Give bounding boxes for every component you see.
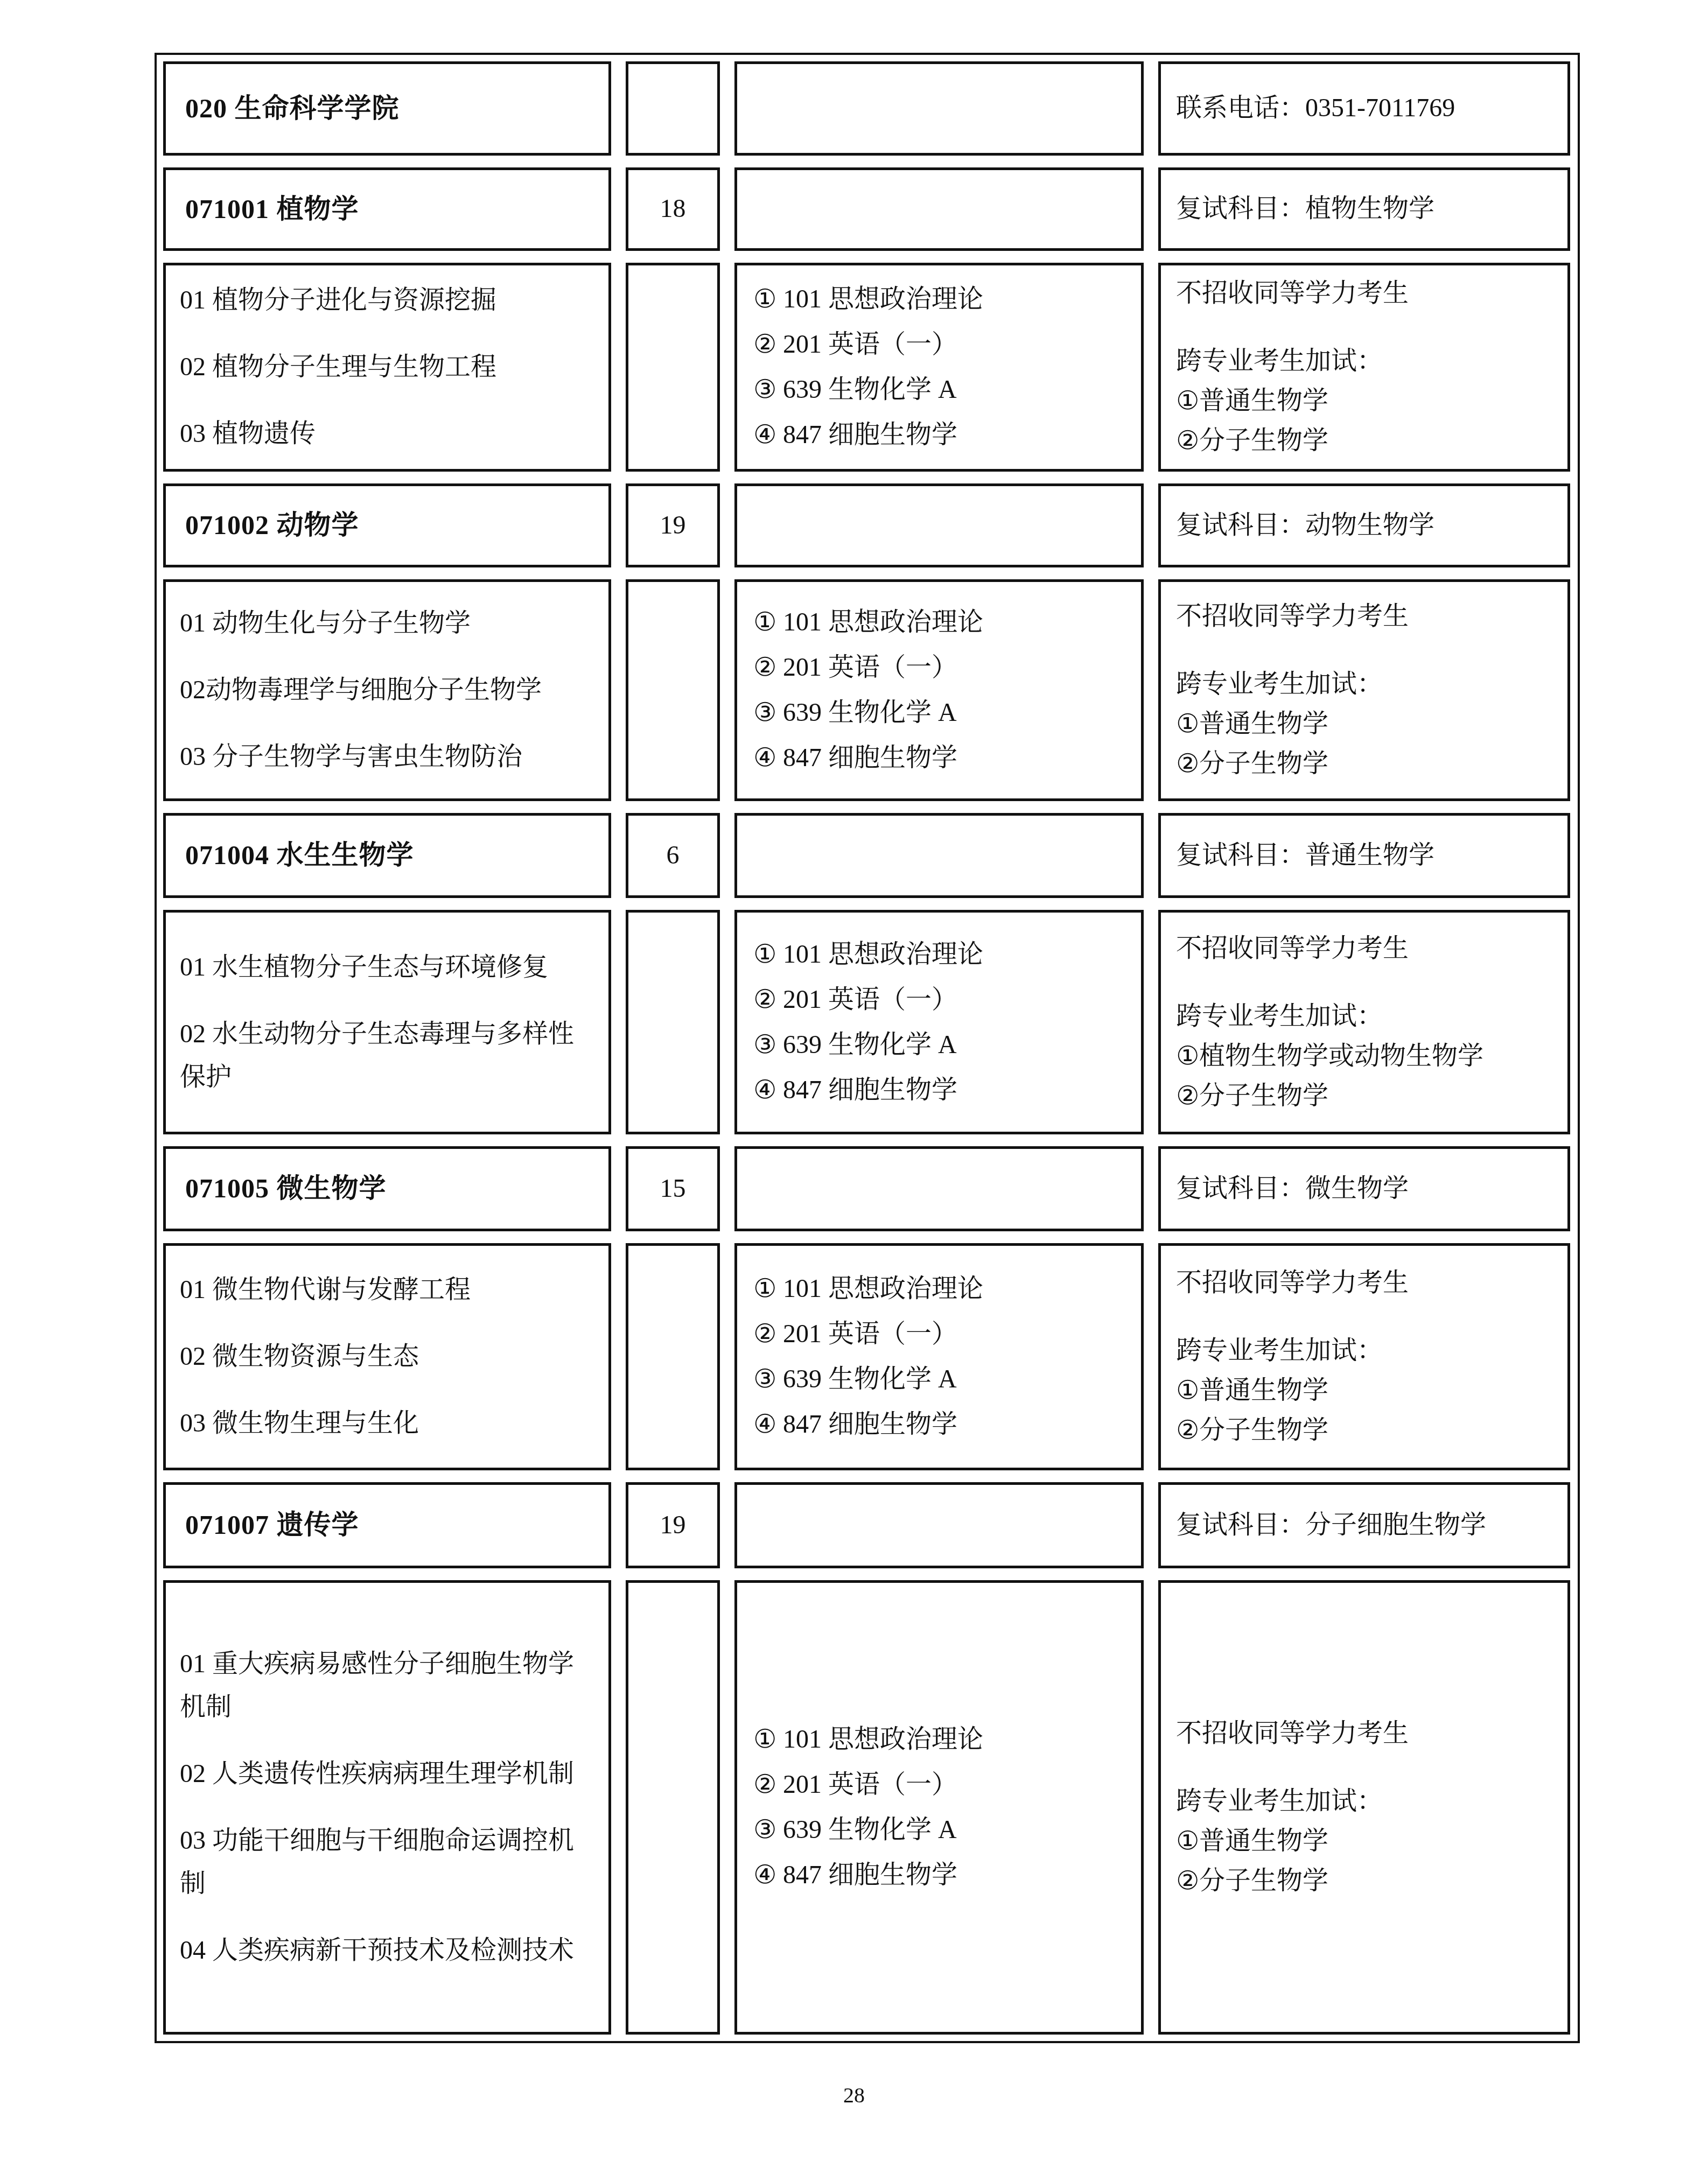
remark-addtest-item: ②分子生物学 [1176,421,1560,461]
direction-item: 01 重大疾病易感性分子细胞生物学机制 [180,1643,576,1729]
remark-cell: 复试科目：动物生物学 [1158,483,1570,567]
direction-item: 02 水生动物分子生态毒理与多样性保护 [180,1013,576,1099]
quota-cell [626,910,720,1134]
admissions-table: 020 生命科学学院联系电话：0351-7011769071001 植物学18复… [155,53,1580,2043]
subject-item: ① 101 思想政治理论 [753,932,1133,977]
document-page: 020 生命科学学院联系电话：0351-7011769071001 植物学18复… [0,0,1708,2160]
direction-item: 04 人类疾病新干预技术及检测技术 [180,1929,576,1972]
subject-item: ① 101 思想政治理论 [753,1266,1133,1312]
exam-subjects-cell: ① 101 思想政治理论② 201 英语（一）③ 639 生物化学 A④ 847… [734,579,1144,801]
college-name-cell: 020 生命科学学院 [163,61,611,156]
remark-cell: 不招收同等学力考生跨专业考生加试：①普通生物学②分子生物学 [1158,263,1570,472]
quota-value: 15 [660,1172,686,1207]
quota-cell: 6 [626,813,720,898]
remark-addtest-item: ②分子生物学 [1176,1411,1560,1450]
direction-item: 03 分子生物学与害虫生物防治 [180,735,576,779]
major-name-cell: 071007 遗传学 [163,1482,611,1568]
remark-cell: 复试科目：植物生物学 [1158,167,1570,251]
remark-addtest-item: ②分子生物学 [1176,1861,1560,1901]
direction-item: 02 植物分子生理与生物工程 [180,346,576,389]
direction-item: 01 水生植物分子生态与环境修复 [180,946,576,989]
remark-cell: 不招收同等学力考生跨专业考生加试：①普通生物学②分子生物学 [1158,579,1570,801]
direction-item: 01 植物分子进化与资源挖掘 [180,279,576,322]
major-name-cell: 071002 动物学 [163,483,611,567]
subject-item: ③ 639 生物化学 A [753,1022,1133,1068]
research-directions-cell: 01 植物分子进化与资源挖掘02 植物分子生理与生物工程03 植物遗传 [163,263,611,472]
remark-addtest-item: ①普通生物学 [1176,381,1560,421]
direction-item: 03 微生物生理与生化 [180,1402,576,1445]
subject-item: ② 201 英语（一） [753,977,1133,1022]
remark-cell: 不招收同等学力考生跨专业考生加试：①普通生物学②分子生物学 [1158,1580,1570,2035]
research-directions-cell: 01 水生植物分子生态与环境修复02 水生动物分子生态毒理与多样性保护 [163,910,611,1134]
remark-no-equivalent: 不招收同等学力考生 [1176,597,1560,636]
remark-addtest-title: 跨专业考生加试： [1176,997,1560,1036]
major-name: 071004 水生生物学 [185,837,600,874]
exam-subjects-cell [734,483,1144,567]
subject-item: ④ 847 细胞生物学 [753,1853,1133,1898]
subject-item: ① 101 思想政治理论 [753,1717,1133,1762]
exam-subjects-cell [734,61,1144,156]
subject-item: ② 201 英语（一） [753,645,1133,690]
research-directions-cell: 01 动物生化与分子生物学02动物毒理学与细胞分子生物学03 分子生物学与害虫生… [163,579,611,801]
subject-item: ④ 847 细胞生物学 [753,1402,1133,1447]
remark-no-equivalent: 不招收同等学力考生 [1176,273,1560,313]
remark-cell: 联系电话：0351-7011769 [1158,61,1570,156]
remark-text: 复试科目：动物生物学 [1176,508,1560,543]
remark-no-equivalent: 不招收同等学力考生 [1176,929,1560,969]
remark-addtest-item: ①普通生物学 [1176,1371,1560,1411]
direction-item: 02 人类遗传性疾病病理生理学机制 [180,1752,576,1796]
subject-item: ③ 639 生物化学 A [753,367,1133,412]
exam-subjects-cell [734,813,1144,898]
major-name-cell: 071004 水生生物学 [163,813,611,898]
direction-item: 02 微生物资源与生态 [180,1335,576,1378]
direction-item: 03 功能干细胞与干细胞命运调控机制 [180,1819,576,1905]
remark-addtest-item: ②分子生物学 [1176,744,1560,784]
exam-subjects-cell: ① 101 思想政治理论② 201 英语（一）③ 639 生物化学 A④ 847… [734,263,1144,472]
remark-text: 联系电话：0351-7011769 [1176,91,1560,126]
exam-subjects-cell [734,167,1144,251]
remark-cell: 复试科目：普通生物学 [1158,813,1570,898]
quota-value: 18 [660,192,686,227]
subject-item: ② 201 英语（一） [753,1762,1133,1807]
exam-subjects-cell: ① 101 思想政治理论② 201 英语（一）③ 639 生物化学 A④ 847… [734,910,1144,1134]
remark-text: 复试科目：植物生物学 [1176,192,1560,227]
quota-cell [626,1243,720,1470]
quota-cell [626,1580,720,2035]
quota-value: 19 [660,1508,686,1543]
quota-cell [626,263,720,472]
major-name: 071005 微生物学 [185,1170,600,1207]
quota-cell: 19 [626,1482,720,1568]
remark-cell: 不招收同等学力考生跨专业考生加试：①植物生物学或动物生物学②分子生物学 [1158,910,1570,1134]
remark-text: 复试科目：普通生物学 [1176,838,1560,873]
remark-addtest-item: ①普通生物学 [1176,704,1560,744]
quota-cell [626,579,720,801]
exam-subjects-cell: ① 101 思想政治理论② 201 英语（一）③ 639 生物化学 A④ 847… [734,1580,1144,2035]
remark-addtest-item: ②分子生物学 [1176,1076,1560,1116]
direction-item: 02动物毒理学与细胞分子生物学 [180,669,576,712]
remark-addtest-title: 跨专业考生加试： [1176,341,1560,381]
remark-addtest-title: 跨专业考生加试： [1176,1782,1560,1821]
remark-addtest-item: ①植物生物学或动物生物学 [1176,1036,1560,1076]
subject-item: ④ 847 细胞生物学 [753,1068,1133,1113]
quota-cell: 18 [626,167,720,251]
major-name-cell: 071005 微生物学 [163,1146,611,1231]
subject-item: ② 201 英语（一） [753,322,1133,367]
subject-item: ③ 639 生物化学 A [753,1357,1133,1402]
major-name: 071007 遗传学 [185,1507,600,1544]
direction-item: 03 植物遗传 [180,412,576,455]
quota-cell: 15 [626,1146,720,1231]
remark-cell: 复试科目：微生物学 [1158,1146,1570,1231]
remark-cell: 不招收同等学力考生跨专业考生加试：①普通生物学②分子生物学 [1158,1243,1570,1470]
college-name: 020 生命科学学院 [185,90,600,127]
page-number: 28 [0,2082,1708,2108]
major-name: 071001 植物学 [185,191,600,228]
remark-no-equivalent: 不招收同等学力考生 [1176,1263,1560,1303]
remark-text: 复试科目：微生物学 [1176,1172,1560,1207]
quota-cell: 19 [626,483,720,567]
direction-item: 01 动物生化与分子生物学 [180,602,576,645]
remark-no-equivalent: 不招收同等学力考生 [1176,1714,1560,1754]
remark-cell: 复试科目：分子细胞生物学 [1158,1482,1570,1568]
remark-text: 复试科目：分子细胞生物学 [1176,1508,1560,1543]
remark-addtest-title: 跨专业考生加试： [1176,664,1560,704]
exam-subjects-cell: ① 101 思想政治理论② 201 英语（一）③ 639 生物化学 A④ 847… [734,1243,1144,1470]
remark-addtest-title: 跨专业考生加试： [1176,1331,1560,1371]
major-name-cell: 071001 植物学 [163,167,611,251]
exam-subjects-cell [734,1482,1144,1568]
quota-value: 6 [667,838,680,873]
direction-item: 01 微生物代谢与发酵工程 [180,1268,576,1312]
remark-addtest-item: ①普通生物学 [1176,1821,1560,1861]
subject-item: ① 101 思想政治理论 [753,277,1133,322]
quota-cell [626,61,720,156]
subject-item: ① 101 思想政治理论 [753,600,1133,645]
quota-value: 19 [660,508,686,543]
subject-item: ② 201 英语（一） [753,1312,1133,1357]
research-directions-cell: 01 重大疾病易感性分子细胞生物学机制02 人类遗传性疾病病理生理学机制03 功… [163,1580,611,2035]
major-name: 071002 动物学 [185,507,600,544]
subject-item: ③ 639 生物化学 A [753,1807,1133,1853]
subject-item: ④ 847 细胞生物学 [753,412,1133,458]
subject-item: ③ 639 生物化学 A [753,690,1133,735]
subject-item: ④ 847 细胞生物学 [753,735,1133,781]
research-directions-cell: 01 微生物代谢与发酵工程02 微生物资源与生态03 微生物生理与生化 [163,1243,611,1470]
exam-subjects-cell [734,1146,1144,1231]
